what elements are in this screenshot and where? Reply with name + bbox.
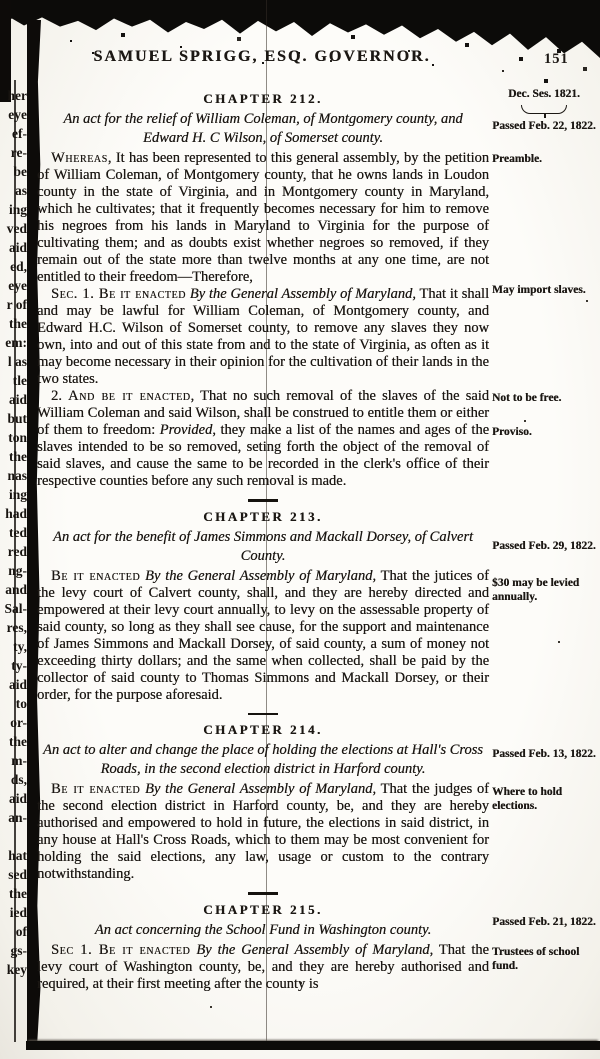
text-segment: Sec 1. Be it enacted: [51, 942, 190, 958]
fragment-line: or-: [0, 713, 27, 732]
fragment-line: sed: [0, 865, 27, 884]
fragment-line: ng-: [0, 561, 27, 580]
fragment-line: r of: [0, 295, 27, 314]
chapter-title: An act for the benefit of James Simmons …: [37, 528, 489, 566]
margin-note-text: Dec. Ses. 1821.: [508, 88, 580, 100]
fragment-line: eye: [0, 276, 27, 295]
text-segment: Provided: [160, 422, 213, 438]
chapter-title: An act for the relief of William Coleman…: [37, 110, 489, 148]
fragment-line: m-: [0, 751, 27, 770]
fragment-line: of: [0, 922, 27, 941]
chapter-paragraph: Be it enacted By the General Assembly of…: [37, 781, 489, 883]
margin-note-passed-214: Passed Feb. 13, 1822.: [492, 748, 596, 762]
fragment-line: ty-: [0, 656, 27, 675]
margin-note-trustees: Trustees of school fund.: [492, 946, 596, 973]
margin-note-passed-213: Passed Feb. 29, 1822.: [492, 540, 596, 554]
text-segment: That the jutices of the levy court of Ca…: [37, 568, 489, 703]
fragment-line: ton: [0, 428, 27, 447]
brace-icon: [521, 105, 567, 114]
text-segment: And be it enacted: [68, 388, 190, 404]
chapter-paragraph: Whereas, It has been represented to this…: [37, 150, 489, 286]
fragment-line: ds,: [0, 770, 27, 789]
chapter-paragraph: 2. And be it enacted, That no such remov…: [37, 388, 489, 490]
fragment-line: aid: [0, 390, 27, 409]
chapter-215: CHAPTER 215. An act concerning the Schoo…: [37, 902, 489, 993]
margin-note-passed-212: Passed Feb. 22, 1822.: [492, 120, 596, 134]
margin-note-session: Dec. Ses. 1821.: [492, 88, 596, 114]
margin-note-levy: $30 may be levied annually.: [492, 577, 596, 604]
fragment-line: the: [0, 447, 27, 466]
chapter-paragraph: Sec. 1. Be it enacted By the General Ass…: [37, 286, 489, 388]
page-number: 151: [544, 51, 569, 68]
chapter-213: CHAPTER 213. An act for the benefit of J…: [37, 509, 489, 716]
fragment-line: and: [0, 580, 27, 599]
margin-note-where-hold: Where to hold elections.: [492, 786, 596, 813]
fragment-line: hat: [0, 846, 27, 865]
fragment-line: be: [0, 162, 27, 181]
section-divider: [248, 499, 278, 502]
text-segment: Be it enacted: [51, 781, 140, 797]
fragment-line: em:: [0, 333, 27, 352]
facing-page-fragments: hereyeef-re-beasingvedaided,eyer oftheem…: [0, 86, 27, 979]
fragment-line: ing: [0, 485, 27, 504]
section-divider: [248, 713, 278, 716]
text-segment: By the General Assembly of Maryland,: [145, 568, 376, 584]
chapter-paragraph: Sec 1. Be it enacted By the General Asse…: [37, 942, 489, 993]
fragment-line: nas: [0, 466, 27, 485]
chapter-title: An act concerning the School Fund in Was…: [37, 921, 489, 940]
text-segment: Be it enacted: [51, 568, 140, 584]
fragment-line: ved: [0, 219, 27, 238]
fragment-line: but: [0, 409, 27, 428]
text-segment: By the General Assembly of Maryland,: [196, 942, 433, 958]
chapter-heading: CHAPTER 215.: [37, 902, 489, 918]
scanned-page: hereyeef-re-beasingvedaided,eyer oftheem…: [0, 0, 600, 1059]
fragment-line: the: [0, 732, 27, 751]
fragment-line: had: [0, 504, 27, 523]
fragment-line: Sal-: [0, 599, 27, 618]
chapter-heading: CHAPTER 213.: [37, 509, 489, 525]
chapter-paragraph: Be it enacted By the General Assembly of…: [37, 568, 489, 704]
section-divider: [248, 892, 278, 895]
fragment-line: ty,: [0, 637, 27, 656]
text-segment: Whereas: [51, 150, 108, 166]
fragment-line: gs-: [0, 941, 27, 960]
running-header: SAMUEL SPRIGG, ESQ. GOVERNOR.: [36, 48, 488, 66]
chapter-heading: CHAPTER 212.: [37, 91, 489, 107]
fragment-line: ing: [0, 200, 27, 219]
chapter-title: An act to alter and change the place of …: [37, 741, 489, 779]
fragment-line: her: [0, 86, 27, 105]
fragment-line: aid: [0, 238, 27, 257]
fragment-line: aid: [0, 789, 27, 808]
text-segment: 2.: [51, 388, 68, 404]
text-segment: By the General Assembly of Maryland,: [190, 286, 416, 302]
margin-note-passed-215: Passed Feb. 21, 1822.: [492, 916, 596, 930]
fragment-line: key: [0, 960, 27, 979]
fragment-line: red: [0, 542, 27, 561]
text-segment: By the General Assembly of Maryland,: [145, 781, 376, 797]
fragment-line: to: [0, 694, 27, 713]
fragment-line: an-: [0, 808, 27, 827]
scan-edge-bottom: [26, 1041, 600, 1050]
fragment-line: ted: [0, 523, 27, 542]
fragment-line: ed,: [0, 257, 27, 276]
main-text-column: CHAPTER 212. An act for the relief of Wi…: [37, 84, 489, 993]
fragment-line: as: [0, 181, 27, 200]
margin-note-preamble: Preamble.: [492, 153, 596, 167]
chapter-heading: CHAPTER 214.: [37, 722, 489, 738]
fragment-line: ied: [0, 903, 27, 922]
fragment-line: ef-: [0, 124, 27, 143]
fragment-line: tle: [0, 371, 27, 390]
text-segment: , It has been represented to this genera…: [37, 150, 489, 285]
fragment-line: [0, 827, 27, 846]
text-segment: Sec. 1. Be it enacted: [51, 286, 186, 302]
fragment-line: l as: [0, 352, 27, 371]
fragment-line: the: [0, 884, 27, 903]
margin-note-not-free: Not to be free.: [492, 392, 596, 406]
chapter-212: CHAPTER 212. An act for the relief of Wi…: [37, 91, 489, 502]
fragment-line: res,: [0, 618, 27, 637]
fragment-line: re-: [0, 143, 27, 162]
fragment-line: the: [0, 314, 27, 333]
fragment-line: aid: [0, 675, 27, 694]
fragment-line: eye: [0, 105, 27, 124]
margin-note-may-import: May import slaves.: [492, 284, 596, 298]
chapter-214: CHAPTER 214. An act to alter and change …: [37, 722, 489, 895]
margin-note-proviso: Proviso.: [492, 426, 596, 440]
